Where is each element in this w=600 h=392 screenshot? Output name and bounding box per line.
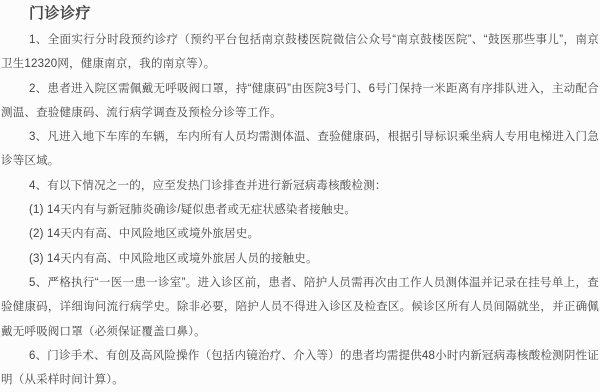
article-paragraph-6: 6、门诊手术、有创及高风险操作（包括内镜治疗、介入等）的患者均需提供48小时内新… — [1, 344, 599, 392]
article-paragraph-3: 3、凡进入地下车库的车辆，车内所有人员均需测体温、查验健康码，根据引导标识乘坐病… — [1, 125, 599, 174]
article: 门诊诊疗 1、全面实行分时段预约诊疗（预约平台包括南京鼓楼医院微信公众号“南京鼓… — [0, 0, 600, 392]
article-paragraph-5: 5、严格执行“一医一患一诊室”。进入诊区前，患者、陪护人员需再次由工作人员测体温… — [1, 271, 599, 344]
article-list-item-1: (1) 14天内有与新冠肺炎确诊/疑似患者或无症状感染者接触史。 — [1, 198, 599, 222]
article-paragraph-2: 2、患者进入院区需佩戴无呼吸阀口罩，持“健康码”由医院3号门、6号门保持一米距离… — [1, 77, 599, 126]
page-title: 门诊诊疗 — [1, 0, 599, 28]
article-list-item-2: (2) 14天内有高、中风险地区或境外旅居史。 — [1, 222, 599, 246]
article-paragraph-1: 1、全面实行分时段预约诊疗（预约平台包括南京鼓楼医院微信公众号“南京鼓楼医院”、… — [1, 28, 599, 77]
article-list-item-3: (3) 14天内有高、中风险地区或境外旅居人员的接触史。 — [1, 247, 599, 271]
article-paragraph-4: 4、有以下情况之一的，应至发热门诊排查并进行新冠病毒核酸检测： — [1, 174, 599, 198]
